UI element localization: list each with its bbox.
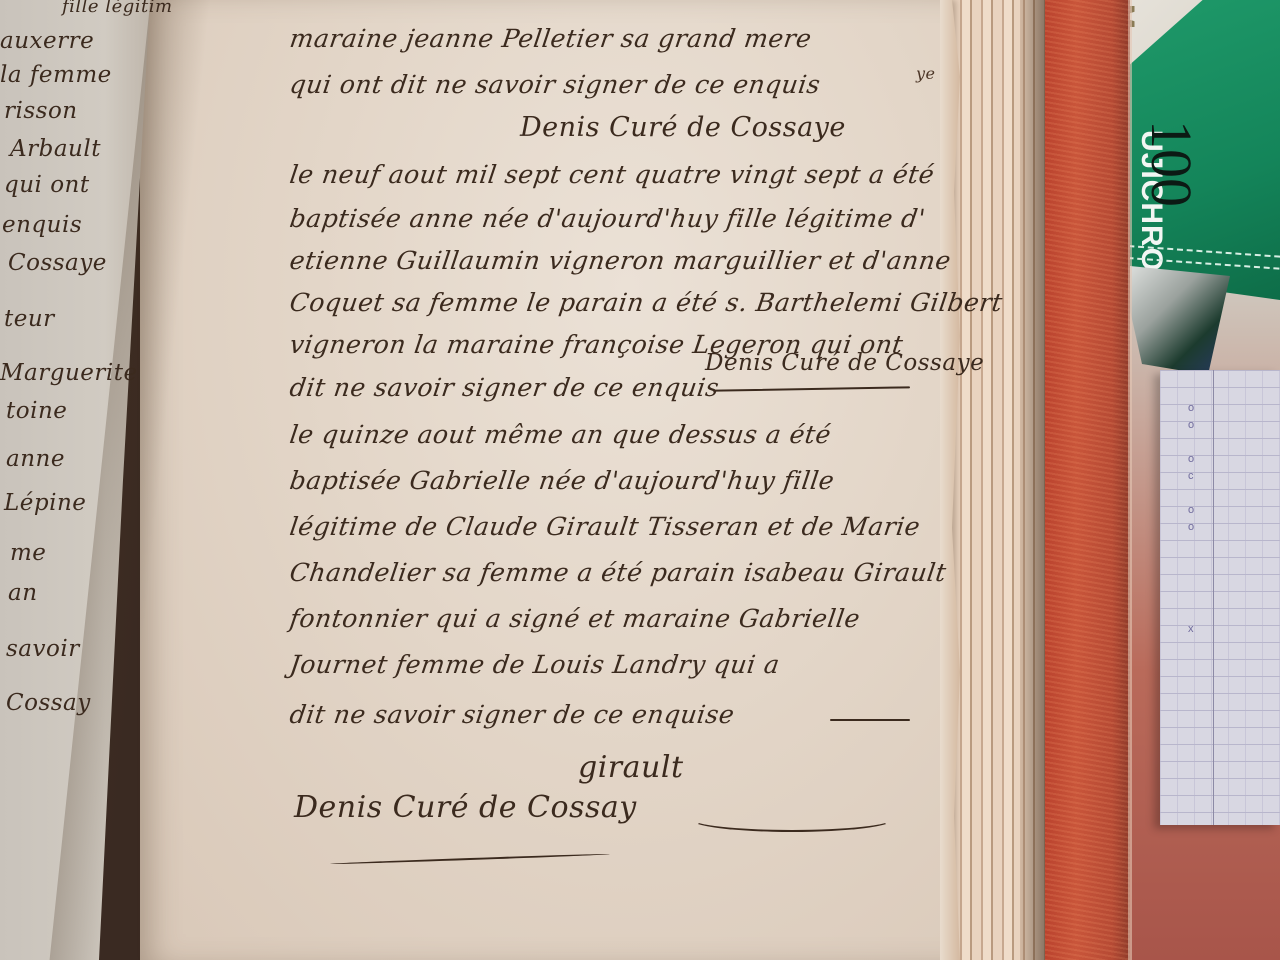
left-page-fragment: teur (4, 306, 55, 332)
register-line: fontonnier qui a signé et maraine Gabrie… (288, 604, 862, 633)
graph-paper-margin-line (1213, 370, 1214, 825)
red-book-cover-edge (1128, 0, 1132, 960)
register-line: Chandelier sa femme a été parain isabeau… (288, 558, 948, 587)
register-line: dit ne savoir signer de ce enquise (288, 700, 736, 729)
register-line: légitime de Claude Girault Tisseran et d… (288, 512, 922, 541)
page-edges-shadow (1020, 0, 1045, 960)
curate-signature-final: Denis Curé de Cossay (294, 790, 637, 825)
left-page-fragment: Lépine (4, 490, 86, 516)
register-line: dit ne savoir signer de ce enquis (288, 373, 721, 402)
register-line: baptisée anne née d'aujourd'huy fille lé… (288, 204, 927, 233)
graph-mark: c (1188, 468, 1208, 485)
graph-paper-marks: o o o c o o x (1188, 400, 1208, 638)
curate-signature-entry1: Denis Curé de Cossaye (705, 350, 984, 376)
register-line: le quinze aout même an que dessus a été (288, 420, 833, 449)
signature-flourish (690, 806, 894, 832)
film-iso-label: 100 (1138, 120, 1205, 207)
register-line: Coquet sa femme le parain a été s. Barth… (288, 288, 1005, 317)
register-line: baptisée Gabrielle née d'aujourd'huy fil… (288, 466, 836, 495)
register-line: Journet femme de Louis Landry qui a (288, 650, 782, 679)
left-page-fragment: me (10, 540, 46, 566)
left-page-fragment: risson (4, 98, 78, 124)
left-page-fragment: fille légitim (62, 0, 173, 17)
godparent-signature: girault (578, 750, 684, 785)
graph-mark: o (1188, 417, 1208, 434)
curate-signature-entry0: Denis Curé de Cossaye (520, 112, 846, 143)
register-line: maraine jeanne Pelletier sa grand mere (288, 24, 814, 53)
left-page-fragment: Arbault (10, 136, 101, 162)
left-page-fragment: Marguerite (0, 360, 138, 386)
graph-mark: o (1188, 400, 1208, 417)
graph-mark: o (1188, 519, 1208, 536)
photo-scene: M UJICHROME 100 o o o c o o x fille légi… (0, 0, 1280, 960)
left-page-fragment: enquis (2, 212, 82, 238)
left-page-fragment: an (8, 580, 38, 606)
left-page-fragment: savoir (6, 636, 80, 662)
graph-mark: o (1188, 451, 1208, 468)
graph-mark: x (1188, 621, 1208, 638)
right-margin-fragment: ye (916, 64, 936, 83)
register-line: le neuf aout mil sept cent quatre vingt … (288, 160, 936, 189)
left-page-fragment: Cossay (6, 690, 91, 716)
register-line: etienne Guillaumin vigneron marguillier … (288, 246, 953, 275)
left-page-fragment: Cossaye (8, 250, 107, 276)
left-page-fragment: anne (6, 446, 65, 472)
red-book-cover (1040, 0, 1130, 960)
line-filler-dash (830, 719, 910, 721)
left-page-fragment: la femme (0, 62, 112, 88)
graph-mark: o (1188, 502, 1208, 519)
register-line: qui ont dit ne savoir signer de ce enqui… (288, 70, 822, 99)
graph-paper-sheet (1160, 370, 1280, 825)
left-page-fragment: qui ont (4, 172, 90, 198)
left-page-fragment: auxerre (0, 28, 94, 54)
left-page-fragment: toine (6, 398, 67, 424)
